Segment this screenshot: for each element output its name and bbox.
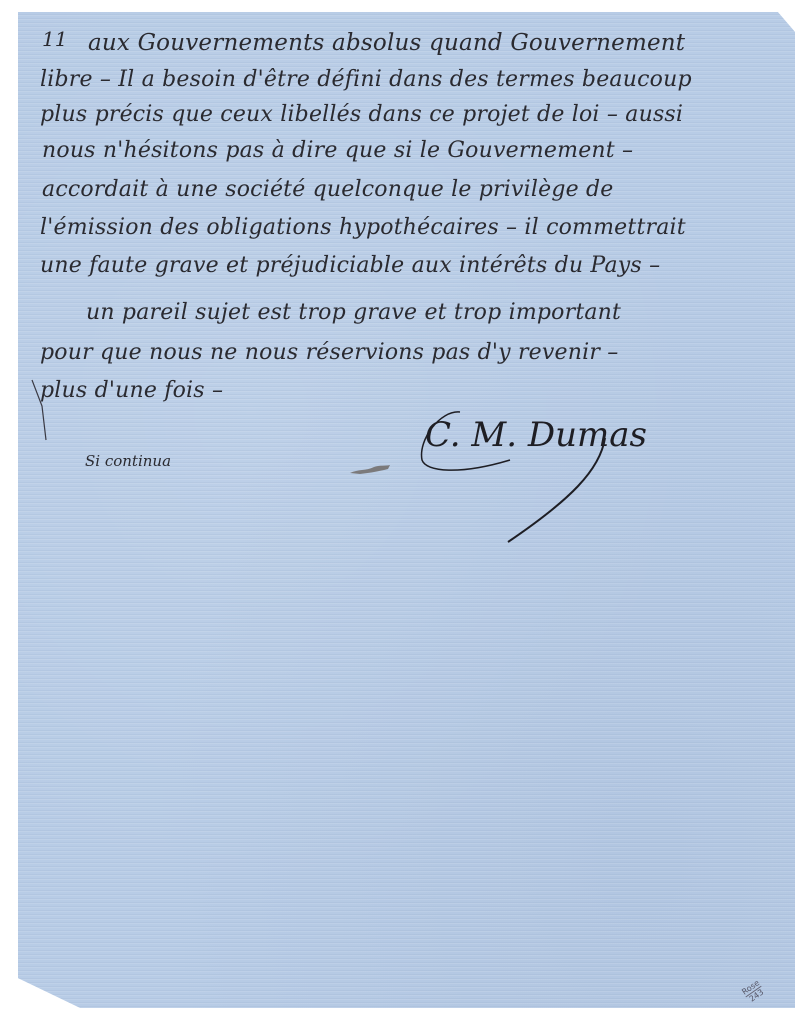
text-line-4: nous n'hésitons pas à dire que si le Gou… bbox=[42, 138, 633, 163]
margin-pen-stroke bbox=[28, 378, 68, 448]
text-line-1: aux Gouvernements absolus quand Gouverne… bbox=[88, 30, 685, 56]
ink-stain bbox=[348, 463, 392, 475]
signature: C. M. Dumas bbox=[425, 415, 647, 455]
text-line-3: plus précis que ceux libellés dans ce pr… bbox=[40, 102, 683, 127]
text-line-5: accordait à une société quelconque le pr… bbox=[42, 177, 614, 202]
continuation-note: Si continua bbox=[85, 452, 171, 470]
text-line-9: pour que nous ne nous réservions pas d'y… bbox=[40, 340, 618, 365]
text-line-6: l'émission des obligations hypothécaires… bbox=[40, 215, 686, 240]
text-line-2: libre – Il a besoin d'être défini dans d… bbox=[40, 67, 692, 92]
text-line-8: un pareil sujet est trop grave et trop i… bbox=[86, 300, 621, 325]
page-number: 11 bbox=[42, 27, 67, 51]
text-line-7: une faute grave et préjudiciable aux int… bbox=[40, 253, 660, 278]
